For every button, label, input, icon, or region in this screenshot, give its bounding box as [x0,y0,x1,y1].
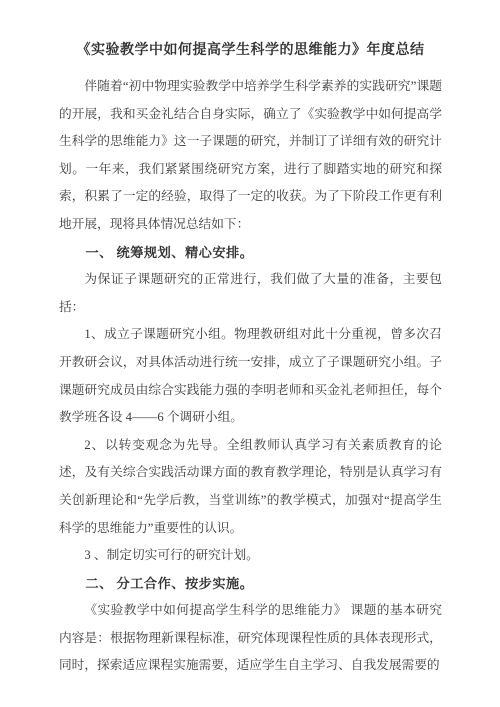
paragraph-item-1: 1、成立子课题研究小组。物理教研组对此十分重视，曾多次召开教研会议，对具体活动进… [59,321,442,431]
paragraph-item-2: 2、以转变观念为先导。全组教师认真学习有关素质教育的论述，及有关综合实践活动课方… [59,432,442,542]
paragraph-intro: 伴随着“初中物理实验教学中培养学生科学素养的实践研究”课题的开展，我和买金礼结合… [59,73,442,239]
paragraph-item-3: 3 、制定切实可行的研究计划。 [59,542,442,570]
section-heading-1: 一、 统筹规划、精心安排。 [59,239,442,267]
paragraph-research-content: 《实验教学中如何提高学生科学的思维能力》 课题的基本研究内容是：根据物理新课程标… [59,597,442,680]
paragraph-preparation: 为保证子课题研究的正常进行，我们做了大量的准备，主要包括： [59,266,442,321]
document-title: 《实验教学中如何提高学生科学的思维能力》年度总结 [59,40,442,62]
section-heading-2: 二、 分工合作、按步实施。 [59,570,442,598]
document-page: 《实验教学中如何提高学生科学的思维能力》年度总结 伴随着“初中物理实验教学中培养… [0,0,500,707]
